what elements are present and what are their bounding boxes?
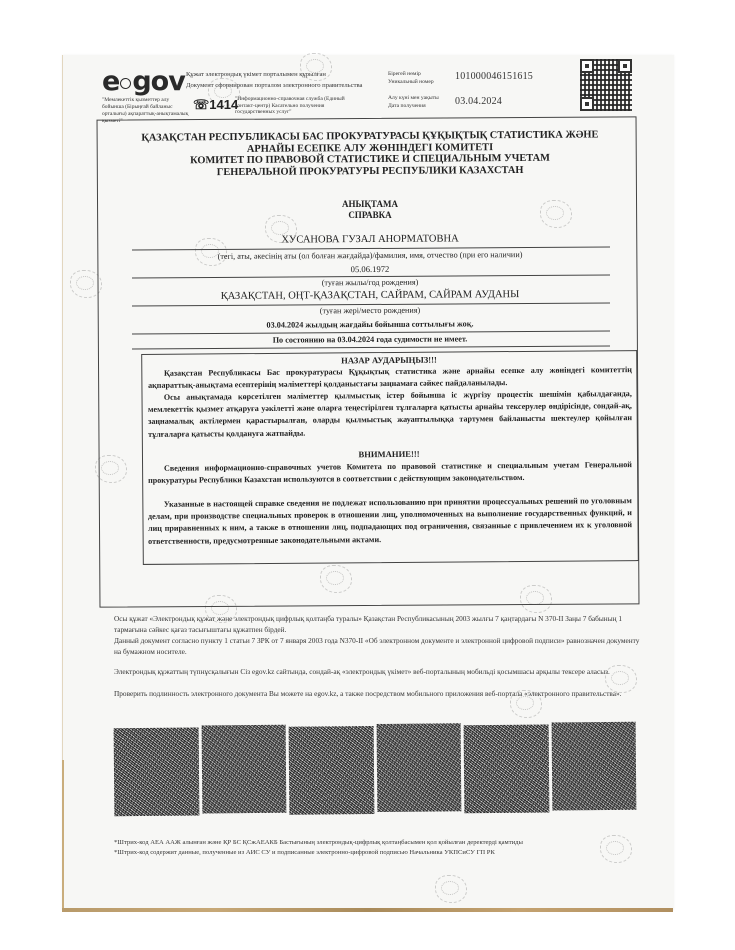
ornament-watermark-icon — [435, 875, 467, 903]
legal-equivalence-ru: Данный документ согласно пункту 1 статьи… — [114, 636, 644, 658]
verification-note-ru: Проверить подлинность электронного докум… — [114, 689, 644, 700]
ornament-watermark-icon — [600, 835, 632, 863]
portal-note-ru: Документ сформирован порталом электронно… — [186, 82, 362, 89]
notice-paragraph-ru-1: Сведения информационно-справочных учетов… — [148, 459, 632, 487]
unique-number: 101000046151615 — [455, 71, 533, 82]
egov-logo-mark-icon — [120, 78, 131, 89]
issuing-organization: ҚАЗАҚСТАН РЕСПУБЛИКАСЫ БАС ПРОКУРАТУРАСЫ… — [100, 129, 640, 179]
notice-paragraph-ru-2: Указанные в настоящей справке сведения н… — [148, 495, 632, 548]
barcode — [464, 724, 549, 813]
egov-logo: egov — [102, 66, 185, 97]
received-date: 03.04.2024 — [455, 96, 502, 107]
info-service-note: "Информационно-справочная служба (Единый… — [235, 96, 365, 116]
verification-note-kz: Электрондық құжаттың түпнұсқалығын Сіз e… — [114, 667, 644, 678]
document-title: АНЫҚТАМА СПРАВКА — [130, 199, 610, 221]
contact-phone: ☏1414 — [193, 97, 238, 113]
barcode — [114, 728, 199, 817]
notice-paragraph-kz-2: Осы анықтамада көрсетілген мәліметтер қы… — [148, 388, 632, 441]
paper-edge — [62, 760, 64, 910]
phone-icon: ☏ — [193, 97, 209, 112]
portal-note-kz: Құжат электрондық үкімет порталымен құры… — [186, 71, 326, 78]
barcode — [201, 725, 286, 814]
2d-barcode-strip — [114, 724, 637, 821]
barcode — [551, 722, 636, 811]
qr-code — [580, 59, 632, 111]
paper-bottom-edge — [62, 908, 673, 912]
unique-number-label: Бірегей нөмірУникальный номер — [388, 70, 434, 86]
barcode — [289, 726, 374, 815]
barcode — [376, 723, 461, 812]
barcode-footnote-kz: *Штрих-код АЕА ААЖ алынған және ҚР БС ҚС… — [114, 839, 523, 846]
legal-equivalence-kz: Осы құжат «Электрондық құжат және электр… — [114, 614, 644, 636]
barcode-footnote-ru: *Штрих-код содержит данные, полученные и… — [114, 849, 495, 856]
date-label: Алу күні мен уақытыДата получения — [388, 94, 439, 110]
